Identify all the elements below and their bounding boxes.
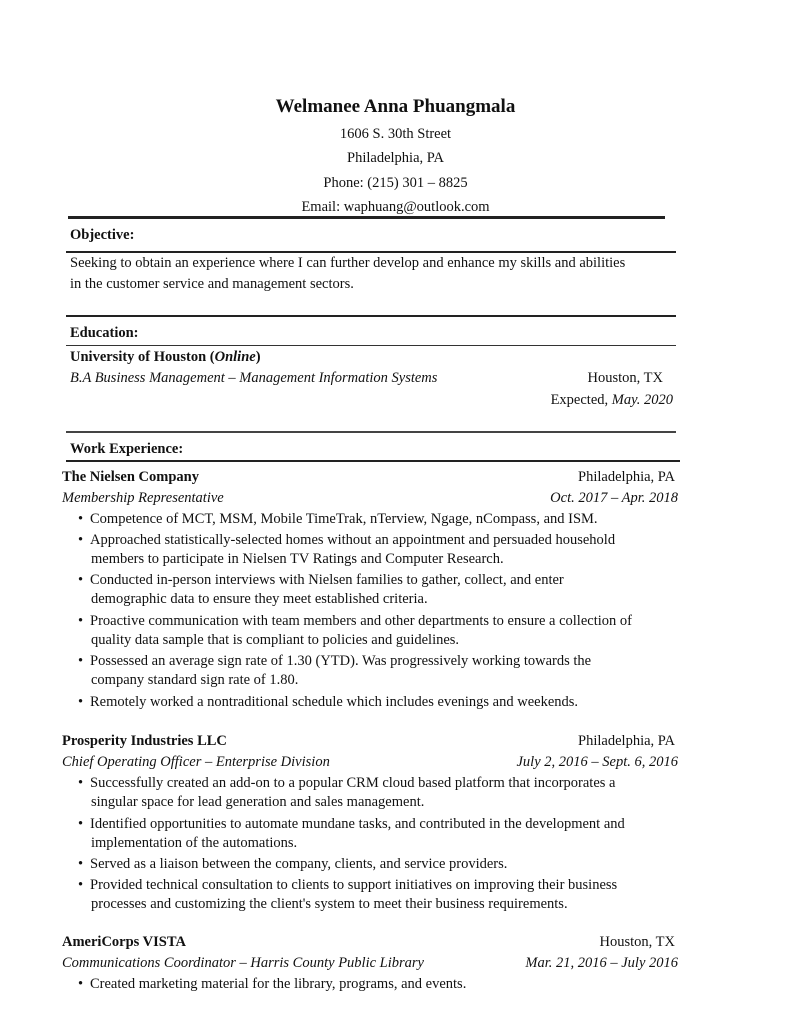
- bullet-icon: •: [78, 572, 90, 589]
- bullet-icon: •: [78, 653, 90, 670]
- job-role: Communications Coordinator – Harris Coun…: [62, 955, 424, 972]
- bullet-icon: •: [78, 775, 90, 792]
- address-line-2: Philadelphia, PA: [0, 150, 791, 167]
- expected-date-value: May. 2020: [612, 392, 673, 408]
- expected-date: Expected, May. 2020: [551, 392, 673, 409]
- bullet-continuation: members to participate in Nielsen TV Rat…: [91, 551, 504, 568]
- job-location: Houston, TX: [600, 934, 675, 951]
- job-dates: July 2, 2016 – Sept. 6, 2016: [517, 754, 679, 771]
- bullet-item: •Identified opportunities to automate mu…: [78, 816, 625, 833]
- job-location: Philadelphia, PA: [578, 469, 675, 486]
- bullet-item: •Proactive communication with team membe…: [78, 613, 632, 630]
- education-title: Education:: [70, 325, 139, 342]
- objective-divider: [66, 251, 676, 253]
- bullet-icon: •: [78, 856, 90, 873]
- bullet-continuation: implementation of the automations.: [91, 835, 297, 852]
- phone: Phone: (215) 301 – 8825: [0, 175, 791, 192]
- bullet-continuation: quality data sample that is compliant to…: [91, 632, 459, 649]
- bullet-item: •Successfully created an add-on to a pop…: [78, 775, 615, 792]
- bullet-continuation: processes and customizing the client's s…: [91, 896, 568, 913]
- school-name: University of Houston (Online): [70, 349, 261, 366]
- job-role: Membership Representative: [62, 490, 224, 507]
- bullet-text: Approached statistically-selected homes …: [90, 532, 615, 548]
- bullet-text: Conducted in-person interviews with Niel…: [90, 572, 564, 588]
- education-divider: [66, 345, 676, 346]
- objective-line: Seeking to obtain an experience where I …: [70, 255, 625, 272]
- bullet-icon: •: [78, 613, 90, 630]
- resume-name: Welmanee Anna Phuangmala: [0, 96, 791, 118]
- company-name: AmeriCorps VISTA: [62, 934, 186, 951]
- bullet-icon: •: [78, 511, 90, 528]
- bullet-item: •Approached statistically-selected homes…: [78, 532, 615, 549]
- bullet-continuation: company standard sign rate of 1.80.: [91, 672, 298, 689]
- expected-label: Expected,: [551, 392, 612, 408]
- objective-line: in the customer service and management s…: [70, 276, 354, 293]
- degree: B.A Business Management – Management Inf…: [70, 370, 437, 387]
- bullet-text: Competence of MCT, MSM, Mobile TimeTrak,…: [90, 511, 598, 527]
- bullet-text: Identified opportunities to automate mun…: [90, 816, 625, 832]
- bullet-text: Created marketing material for the libra…: [90, 976, 466, 992]
- bullet-text: Proactive communication with team member…: [90, 613, 632, 629]
- work-divider: [66, 460, 680, 462]
- school-mode: Online: [215, 349, 256, 365]
- education-location: Houston, TX: [588, 370, 663, 387]
- bullet-item: •Competence of MCT, MSM, Mobile TimeTrak…: [78, 511, 598, 528]
- bullet-item: •Provided technical consultation to clie…: [78, 877, 617, 894]
- bullet-item: •Remotely worked a nontraditional schedu…: [78, 694, 578, 711]
- bullet-icon: •: [78, 816, 90, 833]
- school-text: University of Houston (: [70, 349, 215, 365]
- section-divider: [66, 431, 676, 433]
- bullet-text: Possessed an average sign rate of 1.30 (…: [90, 653, 591, 669]
- email: Email: waphuang@outlook.com: [0, 199, 791, 216]
- header-divider: [68, 216, 665, 219]
- job-dates: Mar. 21, 2016 – July 2016: [525, 955, 678, 972]
- bullet-text: Remotely worked a nontraditional schedul…: [90, 694, 578, 710]
- bullet-item: •Conducted in-person interviews with Nie…: [78, 572, 564, 589]
- bullet-continuation: demographic data to ensure they meet est…: [91, 591, 428, 608]
- job-location: Philadelphia, PA: [578, 733, 675, 750]
- company-name: The Nielsen Company: [62, 469, 199, 486]
- company-name: Prosperity Industries LLC: [62, 733, 227, 750]
- bullet-icon: •: [78, 877, 90, 894]
- work-title: Work Experience:: [70, 441, 183, 458]
- bullet-item: •Possessed an average sign rate of 1.30 …: [78, 653, 591, 670]
- bullet-text: Provided technical consultation to clien…: [90, 877, 617, 893]
- job-role: Chief Operating Officer – Enterprise Div…: [62, 754, 330, 771]
- bullet-item: •Served as a liaison between the company…: [78, 856, 507, 873]
- bullet-icon: •: [78, 694, 90, 711]
- bullet-text: Served as a liaison between the company,…: [90, 856, 507, 872]
- objective-title: Objective:: [70, 227, 134, 244]
- section-divider: [66, 315, 676, 317]
- job-dates: Oct. 2017 – Apr. 2018: [550, 490, 678, 507]
- bullet-text: Successfully created an add-on to a popu…: [90, 775, 615, 791]
- address-line-1: 1606 S. 30th Street: [0, 126, 791, 143]
- bullet-continuation: singular space for lead generation and s…: [91, 794, 424, 811]
- bullet-item: •Created marketing material for the libr…: [78, 976, 466, 993]
- bullet-icon: •: [78, 532, 90, 549]
- bullet-icon: •: [78, 976, 90, 993]
- school-close: ): [256, 349, 261, 365]
